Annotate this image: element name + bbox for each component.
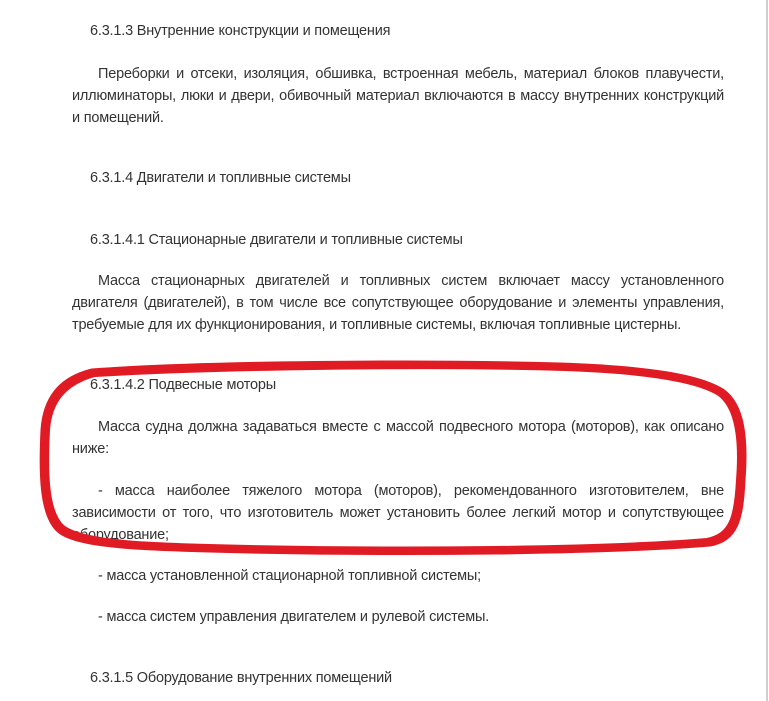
bullet-item: - масса систем управления двигателем и р… [98, 606, 489, 628]
bullet-line: оборудование; [72, 524, 169, 546]
bullet-item: - масса установленной стационарной топли… [98, 565, 481, 587]
document-page: 6.3.1.3 Внутренние конструкции и помещен… [0, 0, 766, 701]
bullet-line: зависимости от того, что изготовитель мо… [72, 502, 724, 524]
paragraph-line: двигателя (двигателей), в том числе все … [72, 292, 724, 314]
paragraph-line: и помещений. [72, 107, 164, 129]
paragraph-line: требуемые для их функционирования, и топ… [72, 314, 681, 336]
bullet-line: - масса наиболее тяжелого мотора (моторо… [98, 480, 724, 502]
paragraph-line: Переборки и отсеки, изоляция, обшивка, в… [98, 63, 724, 85]
section-heading-6-3-1-4-1: 6.3.1.4.1 Стационарные двигатели и топли… [90, 229, 463, 251]
paragraph-line: иллюминаторы, люки и двери, обивочный ма… [72, 85, 724, 107]
section-heading-6-3-1-4: 6.3.1.4 Двигатели и топливные системы [90, 167, 351, 189]
paragraph-line: ниже: [72, 438, 109, 460]
paragraph-line: Масса судна должна задаваться вместе с м… [98, 416, 724, 438]
section-heading-6-3-1-5: 6.3.1.5 Оборудование внутренних помещени… [90, 667, 392, 689]
page-right-border [766, 0, 768, 701]
paragraph-line: Масса стационарных двигателей и топливны… [98, 270, 724, 292]
section-heading-6-3-1-4-2: 6.3.1.4.2 Подвесные моторы [90, 374, 276, 396]
section-heading-6-3-1-3: 6.3.1.3 Внутренние конструкции и помещен… [90, 20, 390, 42]
